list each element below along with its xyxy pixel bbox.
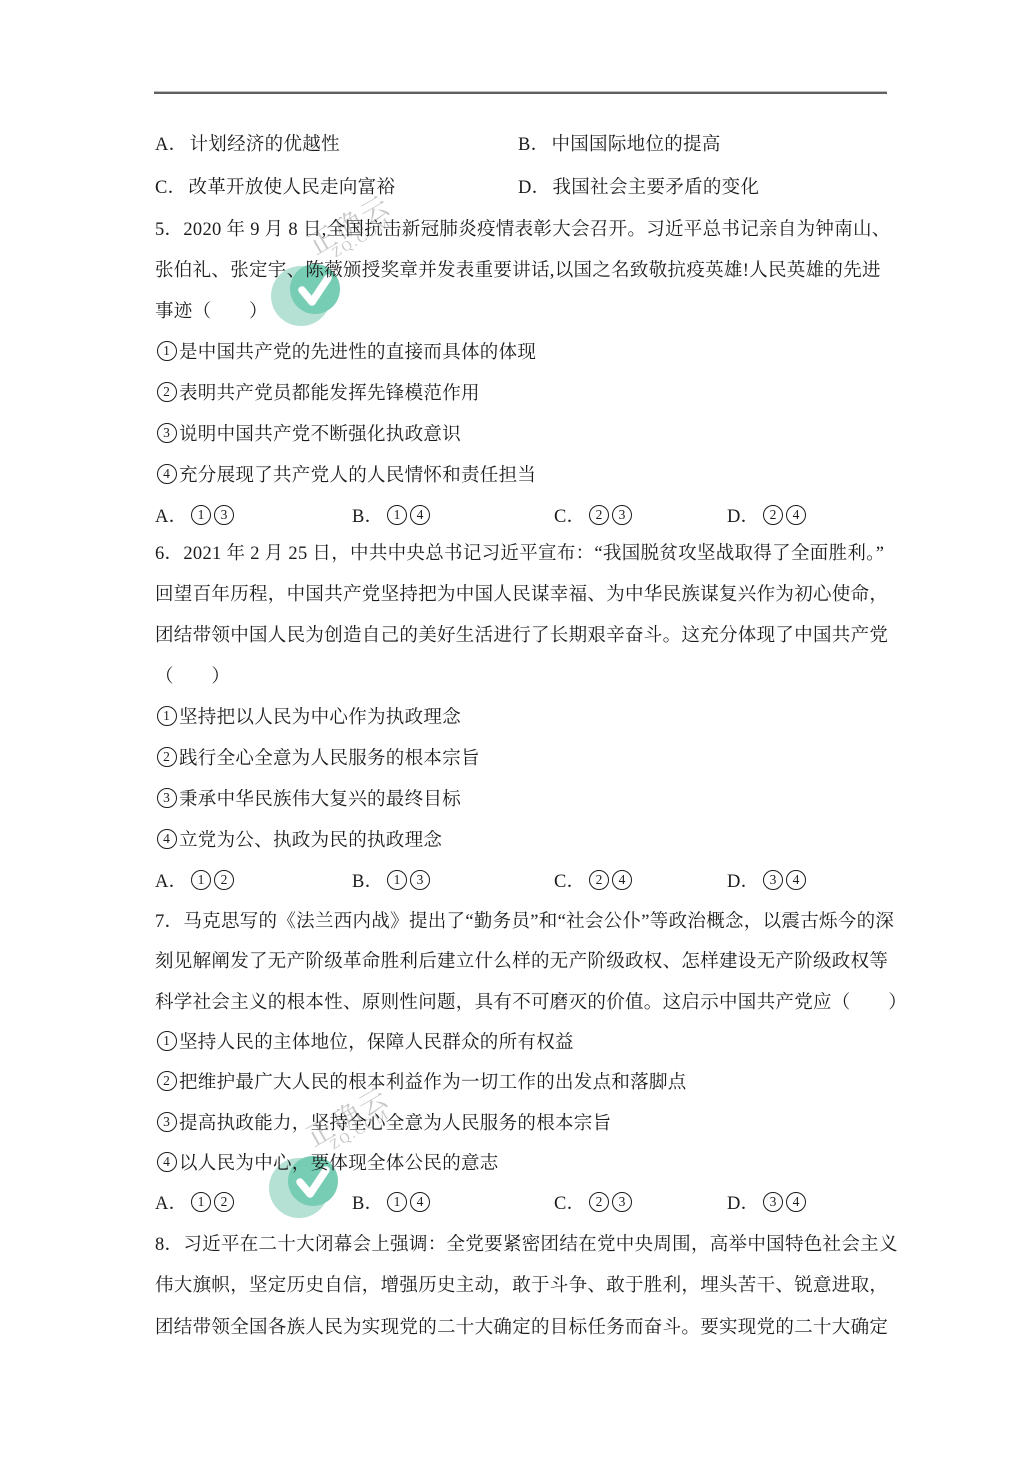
- circled-number-digit: 3: [770, 1194, 777, 1210]
- numbered-item: 3提高执政能力，坚持全心全意为人民服务的根本宗旨: [155, 1101, 900, 1141]
- answer-option-A: A．计划经济的优越性: [155, 122, 340, 165]
- question-stem-line: 5．2020 年 9 月 8 日,全国抗击新冠肺炎疫情表彰大会召开。习近平总书记…: [155, 207, 900, 248]
- option-letter: C．: [554, 867, 585, 893]
- question-stem-line: 刻见解阐发了无产阶级革命胜利后建立什么样的无产阶级政权、怎样建设无产阶级政权等: [155, 940, 900, 980]
- circled-number: 4: [157, 464, 177, 484]
- circled-number-digit: 1: [394, 1194, 401, 1210]
- circled-number: 2: [214, 1192, 234, 1212]
- circled-number-digit: 1: [198, 507, 205, 523]
- answer-option-C: C．23: [554, 1182, 633, 1222]
- numbered-item-text: 以人民为中心，要体现全体公民的意志: [179, 1149, 499, 1175]
- answer-option-C: C．改革开放使人民走向富裕: [155, 165, 395, 208]
- circled-number: 1: [191, 870, 211, 890]
- answer-option-D: D．34: [727, 1182, 807, 1222]
- answer-option-C: C．23: [554, 494, 633, 535]
- option-letter: A．: [155, 130, 187, 156]
- question-block-q8: 8．习近平在二十大闭幕会上强调：全党要紧密团结在党中央周围，高举中国特色社会主义…: [155, 1222, 900, 1347]
- circled-number: 2: [157, 747, 177, 767]
- circled-number-digit: 2: [221, 1194, 228, 1210]
- option-letter: A．: [155, 1189, 187, 1215]
- answer-option-B: B．13: [352, 859, 431, 900]
- numbered-item-text: 充分展现了共产党人的人民情怀和责任担当: [179, 461, 536, 487]
- answer-option-B: B．14: [352, 1182, 431, 1222]
- question-stem-line: 回望百年历程，中国共产党坚持把为中国人民谋幸福、为中华民族谋复兴作为初心使命，: [155, 572, 900, 613]
- circled-number: 2: [763, 505, 783, 525]
- question-stem-line: （ ）: [155, 654, 900, 695]
- option-letter: A．: [155, 502, 187, 528]
- combo-options-row: A．12B．14C．23D．34: [155, 1182, 900, 1222]
- circled-number: 3: [157, 1112, 177, 1132]
- numbered-item: 1是中国共产党的先进性的直接而具体的体现: [155, 330, 900, 371]
- text-options-row: A．计划经济的优越性B．中国国际地位的提高: [155, 122, 900, 165]
- circled-number-digit: 3: [619, 507, 626, 523]
- option-letter: B．: [352, 502, 383, 528]
- circled-number-digit: 1: [163, 1033, 170, 1049]
- numbered-item: 2把维护最广大人民的根本利益作为一切工作的出发点和落脚点: [155, 1061, 900, 1101]
- circled-number: 3: [157, 788, 177, 808]
- numbered-item-text: 坚持把以人民为中心作为执政理念: [179, 703, 461, 729]
- numbered-item: 3秉承中华民族伟大复兴的最终目标: [155, 777, 900, 818]
- option-letter: B．: [518, 130, 549, 156]
- circled-number: 4: [157, 1152, 177, 1172]
- numbered-item: 4以人民为中心，要体现全体公民的意志: [155, 1142, 900, 1182]
- numbered-item: 1坚持人民的主体地位，保障人民群众的所有权益: [155, 1021, 900, 1061]
- question-stem-line: 7．马克思写的《法兰西内战》提出了“勤务员”和“社会公仆”等政治概念，以震古烁今…: [155, 900, 900, 940]
- circled-number-digit: 3: [417, 872, 424, 888]
- circled-number-digit: 4: [417, 507, 424, 523]
- option-letter: C．: [554, 1189, 585, 1215]
- numbered-item: 1坚持把以人民为中心作为执政理念: [155, 695, 900, 736]
- circled-number: 4: [410, 1192, 430, 1212]
- question-stem-line: 事迹（ ）: [155, 289, 900, 330]
- option-letter: C．: [155, 173, 186, 199]
- question-stem-line: 伟大旗帜，坚定历史自信，增强历史主动，敢于斗争、敢于胜利，埋头苦干、锐意进取，: [155, 1264, 900, 1306]
- circled-number: 3: [157, 423, 177, 443]
- text-options-row: C．改革开放使人民走向富裕D．我国社会主要矛盾的变化: [155, 165, 900, 208]
- answer-option-A: A．12: [155, 1182, 235, 1222]
- circled-number: 3: [763, 1192, 783, 1212]
- combo-options-row: A．13B．14C．23D．24: [155, 494, 900, 535]
- circled-number-digit: 2: [163, 1073, 170, 1089]
- circled-number: 2: [214, 870, 234, 890]
- circled-number-digit: 4: [793, 1194, 800, 1210]
- circled-number: 3: [612, 505, 632, 525]
- numbered-item: 2表明共产党员都能发挥先锋模范作用: [155, 371, 900, 412]
- option-text: 我国社会主要矛盾的变化: [552, 173, 759, 199]
- numbered-item-text: 践行全心全意为人民服务的根本宗旨: [179, 744, 480, 770]
- option-letter: B．: [352, 867, 383, 893]
- circled-number: 1: [191, 1192, 211, 1212]
- answer-option-B: B．14: [352, 494, 431, 535]
- numbered-item-text: 是中国共产党的先进性的直接而具体的体现: [179, 338, 536, 364]
- circled-number: 1: [387, 870, 407, 890]
- circled-number-digit: 3: [163, 425, 170, 441]
- numbered-item-text: 提高执政能力，坚持全心全意为人民服务的根本宗旨: [179, 1109, 611, 1135]
- question-block-q5: 5．2020 年 9 月 8 日,全国抗击新冠肺炎疫情表彰大会召开。习近平总书记…: [155, 207, 900, 535]
- circled-number: 2: [589, 505, 609, 525]
- numbered-item-text: 秉承中华民族伟大复兴的最终目标: [179, 785, 461, 811]
- circled-number: 2: [157, 1071, 177, 1091]
- numbered-item-text: 说明中国共产党不断强化执政意识: [179, 420, 461, 446]
- circled-number-digit: 2: [596, 872, 603, 888]
- circled-number: 4: [612, 870, 632, 890]
- answer-option-A: A．13: [155, 494, 235, 535]
- numbered-item-text: 立党为公、执政为民的执政理念: [179, 826, 442, 852]
- option-letter: B．: [352, 1189, 383, 1215]
- circled-number-digit: 3: [163, 790, 170, 806]
- circled-number-digit: 2: [163, 749, 170, 765]
- circled-number-digit: 1: [163, 343, 170, 359]
- circled-number: 1: [157, 706, 177, 726]
- circled-number-digit: 1: [394, 507, 401, 523]
- circled-number-digit: 2: [163, 384, 170, 400]
- question-stem-line: 团结带领全国各族人民为实现党的二十大确定的目标任务而奋斗。要实现党的二十大确定: [155, 1305, 900, 1347]
- circled-number-digit: 2: [596, 507, 603, 523]
- numbered-item: 2践行全心全意为人民服务的根本宗旨: [155, 736, 900, 777]
- circled-number: 4: [157, 829, 177, 849]
- numbered-item: 4立党为公、执政为民的执政理念: [155, 818, 900, 859]
- numbered-item: 4充分展现了共产党人的人民情怀和责任担当: [155, 453, 900, 494]
- circled-number-digit: 4: [619, 872, 626, 888]
- circled-number: 3: [214, 505, 234, 525]
- circled-number: 4: [786, 1192, 806, 1212]
- document-page: 正确云 ZQ.COM 正确云 ZQ.COM A．计划经济的优越性B．中国国际地位…: [0, 0, 1034, 1462]
- option-letter: D．: [727, 502, 759, 528]
- question-block-q7: 7．马克思写的《法兰西内战》提出了“勤务员”和“社会公仆”等政治概念，以震古烁今…: [155, 900, 900, 1222]
- circled-number-digit: 1: [198, 1194, 205, 1210]
- circled-number-digit: 4: [793, 507, 800, 523]
- circled-number: 3: [410, 870, 430, 890]
- circled-number-digit: 1: [163, 708, 170, 724]
- circled-number-digit: 1: [198, 872, 205, 888]
- circled-number-digit: 1: [394, 872, 401, 888]
- numbered-item-text: 表明共产党员都能发挥先锋模范作用: [179, 379, 480, 405]
- answer-option-D: D．34: [727, 859, 807, 900]
- questions-layer: A．计划经济的优越性B．中国国际地位的提高C．改革开放使人民走向富裕D．我国社会…: [0, 0, 1034, 1462]
- circled-number: 1: [157, 341, 177, 361]
- circled-number-digit: 3: [163, 1114, 170, 1130]
- circled-number-digit: 4: [163, 831, 170, 847]
- circled-number: 1: [157, 1031, 177, 1051]
- question-block-q4: A．计划经济的优越性B．中国国际地位的提高C．改革开放使人民走向富裕D．我国社会…: [155, 122, 900, 207]
- circled-number: 4: [410, 505, 430, 525]
- circled-number-digit: 3: [221, 507, 228, 523]
- circled-number-digit: 4: [417, 1194, 424, 1210]
- numbered-item-text: 把维护最广大人民的根本利益作为一切工作的出发点和落脚点: [179, 1068, 687, 1094]
- circled-number: 2: [589, 1192, 609, 1212]
- numbered-item: 3说明中国共产党不断强化执政意识: [155, 412, 900, 453]
- option-letter: D．: [518, 173, 550, 199]
- circled-number: 3: [612, 1192, 632, 1212]
- question-stem-line: 6．2021 年 2 月 25 日，中共中央总书记习近平宣布：“我国脱贫攻坚战取…: [155, 531, 900, 572]
- question-stem-line: 张伯礼、张定宇、陈薇颁授奖章并发表重要讲话,以国之名致敬抗疫英雄!人民英雄的先进: [155, 248, 900, 289]
- circled-number: 2: [589, 870, 609, 890]
- circled-number: 2: [157, 382, 177, 402]
- circled-number: 1: [387, 1192, 407, 1212]
- option-text: 改革开放使人民走向富裕: [188, 173, 395, 199]
- combo-options-row: A．12B．13C．24D．34: [155, 859, 900, 900]
- option-text: 中国国际地位的提高: [551, 130, 720, 156]
- numbered-item-text: 坚持人民的主体地位，保障人民群众的所有权益: [179, 1028, 574, 1054]
- option-text: 计划经济的优越性: [189, 130, 339, 156]
- answer-option-A: A．12: [155, 859, 235, 900]
- circled-number: 4: [786, 870, 806, 890]
- answer-option-B: B．中国国际地位的提高: [518, 122, 721, 165]
- option-letter: C．: [554, 502, 585, 528]
- question-stem-line: 团结带领中国人民为创造自己的美好生活进行了长期艰辛奋斗。这充分体现了中国共产党: [155, 613, 900, 654]
- circled-number-digit: 4: [163, 1154, 170, 1170]
- question-block-q6: 6．2021 年 2 月 25 日，中共中央总书记习近平宣布：“我国脱贫攻坚战取…: [155, 531, 900, 900]
- question-stem-line: 8．习近平在二十大闭幕会上强调：全党要紧密团结在党中央周围，高举中国特色社会主义: [155, 1222, 900, 1264]
- circled-number-digit: 2: [221, 872, 228, 888]
- circled-number: 1: [387, 505, 407, 525]
- circled-number: 4: [786, 505, 806, 525]
- answer-option-C: C．24: [554, 859, 633, 900]
- circled-number-digit: 3: [619, 1194, 626, 1210]
- circled-number-digit: 2: [770, 507, 777, 523]
- circled-number-digit: 3: [770, 872, 777, 888]
- option-letter: A．: [155, 867, 187, 893]
- circled-number: 1: [191, 505, 211, 525]
- circled-number-digit: 4: [163, 466, 170, 482]
- question-stem-line: 科学社会主义的根本性、原则性问题，具有不可磨灭的价值。这启示中国共产党应（ ）: [155, 981, 900, 1021]
- option-letter: D．: [727, 867, 759, 893]
- circled-number-digit: 4: [793, 872, 800, 888]
- circled-number-digit: 2: [596, 1194, 603, 1210]
- answer-option-D: D．24: [727, 494, 807, 535]
- circled-number: 3: [763, 870, 783, 890]
- answer-option-D: D．我国社会主要矛盾的变化: [518, 165, 759, 208]
- option-letter: D．: [727, 1189, 759, 1215]
